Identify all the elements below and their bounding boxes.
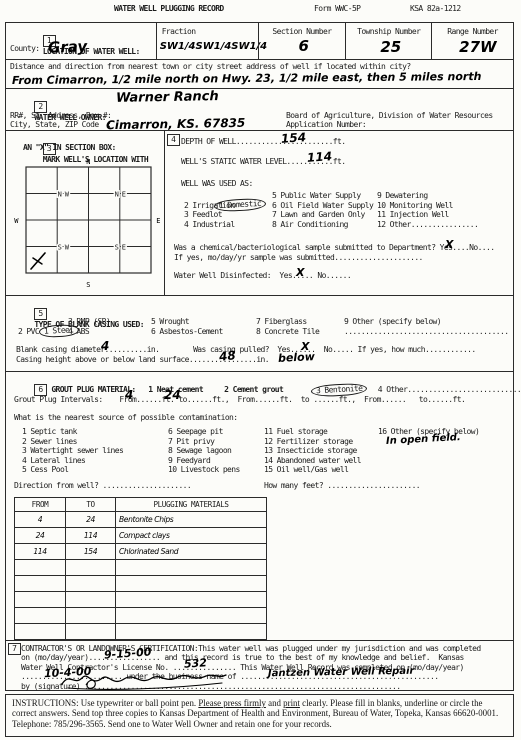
section7-number: 7 — [8, 643, 21, 655]
instructions-seg: and — [266, 698, 283, 708]
material-value — [116, 608, 267, 624]
used-as-option: 9 Dewatering — [377, 191, 428, 200]
agency-line: Board of Agriculture, Division of Water … — [286, 111, 493, 120]
casing-option: 2 PVC — [18, 327, 39, 336]
owner-value: Warner Ranch — [116, 89, 219, 106]
casing-option: 8 Concrete Tile — [256, 327, 319, 336]
casing-option: 6 Asbestos-Cement — [151, 327, 223, 336]
from-value — [15, 608, 66, 624]
instructions-box: INSTRUCTIONS: Use typewriter or ball poi… — [5, 694, 514, 737]
casing-option: 4 ABS — [68, 327, 89, 336]
contam-option: 15 Oil well/Gas well — [264, 465, 348, 474]
casing-height-value: 48 — [218, 348, 236, 364]
certification-line2: on (mo/day/year)................. and th… — [21, 653, 464, 662]
instructions-text: INSTRUCTIONS: Use typewriter or ball poi… — [12, 698, 498, 729]
used-as-option: 8 Air Conditioning — [272, 220, 348, 229]
contam-option: 7 Pit privy — [168, 437, 214, 446]
compass-nw-label: N W — [58, 191, 70, 199]
depth-value: 154 — [281, 130, 307, 146]
casing-other-dots: ....................................... — [344, 327, 508, 336]
range-number-label: Range Number — [447, 27, 498, 36]
from-value — [15, 576, 66, 592]
county-value: Gray — [48, 37, 88, 56]
from-value — [15, 624, 66, 640]
contam-option: 11 Fuel storage — [264, 427, 327, 436]
section-number-cell: Section Number 6 — [258, 23, 346, 59]
contam-option: 3 Watertight sewer lines — [22, 446, 123, 455]
section3-4: 3 MARK WELL'S LOCATION WITH AN "X" IN SE… — [5, 130, 514, 296]
contam-option: 8 Sewage lagoon — [168, 446, 231, 455]
fraction-value: SW1/4SW1/4SW1/4 — [160, 41, 267, 52]
range-number-cell: Range Number 27W — [431, 23, 513, 59]
material-value — [116, 576, 267, 592]
material-value: Compact clays — [116, 528, 267, 544]
compass-se-label: S E — [115, 244, 126, 252]
instructions-underlined: print — [283, 698, 300, 708]
used-as-option: 4 Industrial — [184, 220, 235, 229]
contam-option: 14 Abandoned water well — [264, 456, 361, 465]
col-materials: PLUGGING MATERIALS — [116, 498, 267, 512]
form-number: Form WWC-5P — [314, 4, 360, 13]
sample-no-mark: X — [445, 238, 453, 251]
county-label: County: — [10, 44, 40, 53]
form-statute: KSA 82a-1212 — [410, 4, 461, 13]
from-value: 114 — [15, 544, 66, 560]
township-number-label: Township Number — [357, 27, 420, 36]
table-row: 24 114 Compact clays — [15, 528, 267, 544]
instructions-seg: INSTRUCTIONS: Use typewriter or ball poi… — [12, 698, 198, 708]
to-value — [66, 592, 116, 608]
casing-diameter-line: Blank casing diameter..........in. Was c… — [16, 345, 476, 354]
from-value — [15, 560, 66, 576]
grout-option: 3 Bentonite — [316, 384, 363, 395]
distance-value: From Cimarron, 1/2 mile north on Hwy. 23… — [12, 70, 481, 87]
material-value: Bentonite Chips — [116, 512, 267, 528]
used-as-option: 7 Lawn and Garden Only — [272, 210, 365, 219]
casing-option: 7 Fiberglass — [256, 317, 307, 326]
section-number-label: Section Number — [272, 27, 331, 36]
material-value — [116, 624, 267, 640]
section6-grout: 6GROUT PLUG MATERIAL: 1 Neat cement 2 Ce… — [5, 371, 514, 641]
contam-option: 6 Seepage pit — [168, 427, 223, 436]
well-location-mark — [31, 253, 45, 269]
to-value: 24 — [66, 512, 116, 528]
plugging-table: FROM TO PLUGGING MATERIALS 4 24 Bentonit… — [14, 497, 267, 640]
table-row: 4 24 Bentonite Chips — [15, 512, 267, 528]
how-many-feet-label: How many feet? ...................... — [264, 481, 420, 490]
certification-line1: CONTRACTOR'S OR LANDOWNER'S CERTIFICATIO… — [21, 644, 481, 653]
used-as-option: 10 Monitoring Well — [377, 201, 453, 210]
contam-option: 4 Lateral lines — [22, 456, 85, 465]
contam-option: 10 Livestock pens — [168, 465, 240, 474]
grout-intervals-line: Grout Plug Intervals: From......ft. to..… — [14, 395, 465, 404]
address-label: RR#, St. Address, Box #: — [10, 111, 111, 120]
table-row — [15, 592, 267, 608]
fraction-cell: Fraction SW1/4SW1/4SW1/4 — [156, 23, 258, 59]
instructions-underlined: Please press firmly — [198, 698, 266, 708]
contamination-question: What is the nearest source of possible c… — [14, 413, 237, 422]
used-as-option: 11 Injection Well — [377, 210, 449, 219]
contam-option: 13 Insecticide storage — [264, 446, 357, 455]
table-row: 114 154 Chlorinated Sand — [15, 544, 267, 560]
city-label: City, State, ZIP Code : — [10, 120, 111, 129]
township-number-cell: Township Number 25 — [345, 23, 431, 59]
contam-option: 1 Septic tank — [22, 427, 77, 436]
used-as-option: 12 Other................ — [377, 220, 478, 229]
compass-w-label: W — [14, 217, 19, 225]
application-number-label: Application Number: — [286, 120, 366, 129]
material-value: Chlorinated Sand — [116, 544, 267, 560]
sample-date-line: If yes, mo/day/yr sample was submitted..… — [174, 253, 423, 262]
disinfected-line: Water Well Disinfected: Yes..... No.....… — [174, 271, 351, 280]
from-value: 24 — [15, 528, 66, 544]
contam-option: 5 Cess Pool — [22, 465, 68, 474]
distance-label: Distance and direction from nearest town… — [10, 62, 411, 71]
section-box-grid: N N W N E S W S E W E S — [8, 155, 164, 295]
interval-to-value: 24 — [164, 388, 181, 402]
contam-option: 9 Feedyard — [168, 456, 210, 465]
section4-number: 4 — [167, 134, 180, 146]
material-value — [116, 560, 267, 576]
section4-depth-use: 4 DEPTH OF WELL.......................ft… — [164, 131, 515, 297]
compass-s-label: S — [86, 281, 90, 289]
from-value: 4 — [15, 512, 66, 528]
used-as-option: 3 Feedlot — [184, 210, 222, 219]
compass-n-label: N — [86, 158, 90, 166]
used-as-option: 2 Irrigation — [184, 201, 235, 210]
used-as-option: 5 Public Water Supply — [272, 191, 361, 200]
contam-option: 2 Sewer lines — [22, 437, 77, 446]
to-value — [66, 624, 116, 640]
to-value: 154 — [66, 544, 116, 560]
casing-option: 5 Wrought — [151, 317, 189, 326]
casing-diameter-value: 4 — [101, 339, 109, 353]
from-value — [15, 592, 66, 608]
plugging-table-header-row: FROM TO PLUGGING MATERIALS — [15, 498, 267, 512]
casing-option: 9 Other (specify below) — [344, 317, 441, 326]
col-to: TO — [66, 498, 116, 512]
section5-casing: 5 TYPE OF BLANK CASING USED: 1 Steel 3 R… — [5, 295, 514, 372]
casing-height-note: below — [278, 350, 315, 365]
material-value — [116, 592, 267, 608]
casing-option: 3 RMP (SR) — [68, 317, 110, 326]
compass-sw-label: S W — [58, 244, 70, 252]
used-as-option: 6 Oil Field Water Supply — [272, 201, 373, 210]
section3-title-line2: AN "X" IN SECTION BOX: — [23, 143, 116, 152]
col-from: FROM — [15, 498, 66, 512]
direction-from-well-label: Direction from well? ...................… — [14, 481, 191, 490]
table-row — [15, 560, 267, 576]
township-number-value: 25 — [380, 38, 401, 56]
well-used-as-label: WELL WAS USED AS: — [181, 179, 253, 188]
to-value: 114 — [66, 528, 116, 544]
section-number-value: 6 — [299, 37, 309, 55]
fraction-label: Fraction — [162, 27, 196, 36]
interval-from-value: 4 — [125, 388, 133, 402]
disinfected-yes-mark: X — [296, 266, 304, 279]
compass-e-label: E — [156, 217, 160, 225]
compass-ne-label: N E — [115, 191, 126, 199]
distance-row: Distance and direction from nearest town… — [5, 59, 514, 89]
section7-certification: 7 CONTRACTOR'S OR LANDOWNER'S CERTIFICAT… — [5, 640, 514, 691]
contam-option: 12 Fertilizer storage — [264, 437, 353, 446]
table-row — [15, 624, 267, 640]
section1-location: 1 LOCATION OF WATER WELL: County: Gray F… — [5, 22, 514, 60]
water-well-plugging-record-form: WATER WELL PLUGGING RECORD Form WWC-5P K… — [0, 0, 521, 740]
form-title: WATER WELL PLUGGING RECORD — [114, 4, 224, 13]
grout-material-post: 4 Other............................... — [365, 385, 521, 394]
to-value — [66, 576, 116, 592]
table-row — [15, 576, 267, 592]
grout-material-pre: GROUT PLUG MATERIAL: 1 Neat cement 2 Cem… — [51, 385, 312, 394]
range-number-value: 27W — [459, 38, 496, 56]
to-value — [66, 608, 116, 624]
county-cell: 1 LOCATION OF WATER WELL: County: Gray — [6, 23, 156, 59]
section3-mark-location: 3 MARK WELL'S LOCATION WITH AN "X" IN SE… — [6, 131, 164, 297]
signature — [58, 669, 238, 691]
table-row — [15, 608, 267, 624]
static-water-level-value: 114 — [307, 149, 333, 165]
to-value — [66, 560, 116, 576]
depth-of-well-line: DEPTH OF WELL.......................ft. — [181, 137, 345, 146]
section2-owner: 2 WATER WELL OWNER: Warner Ranch RR#, St… — [5, 88, 514, 131]
